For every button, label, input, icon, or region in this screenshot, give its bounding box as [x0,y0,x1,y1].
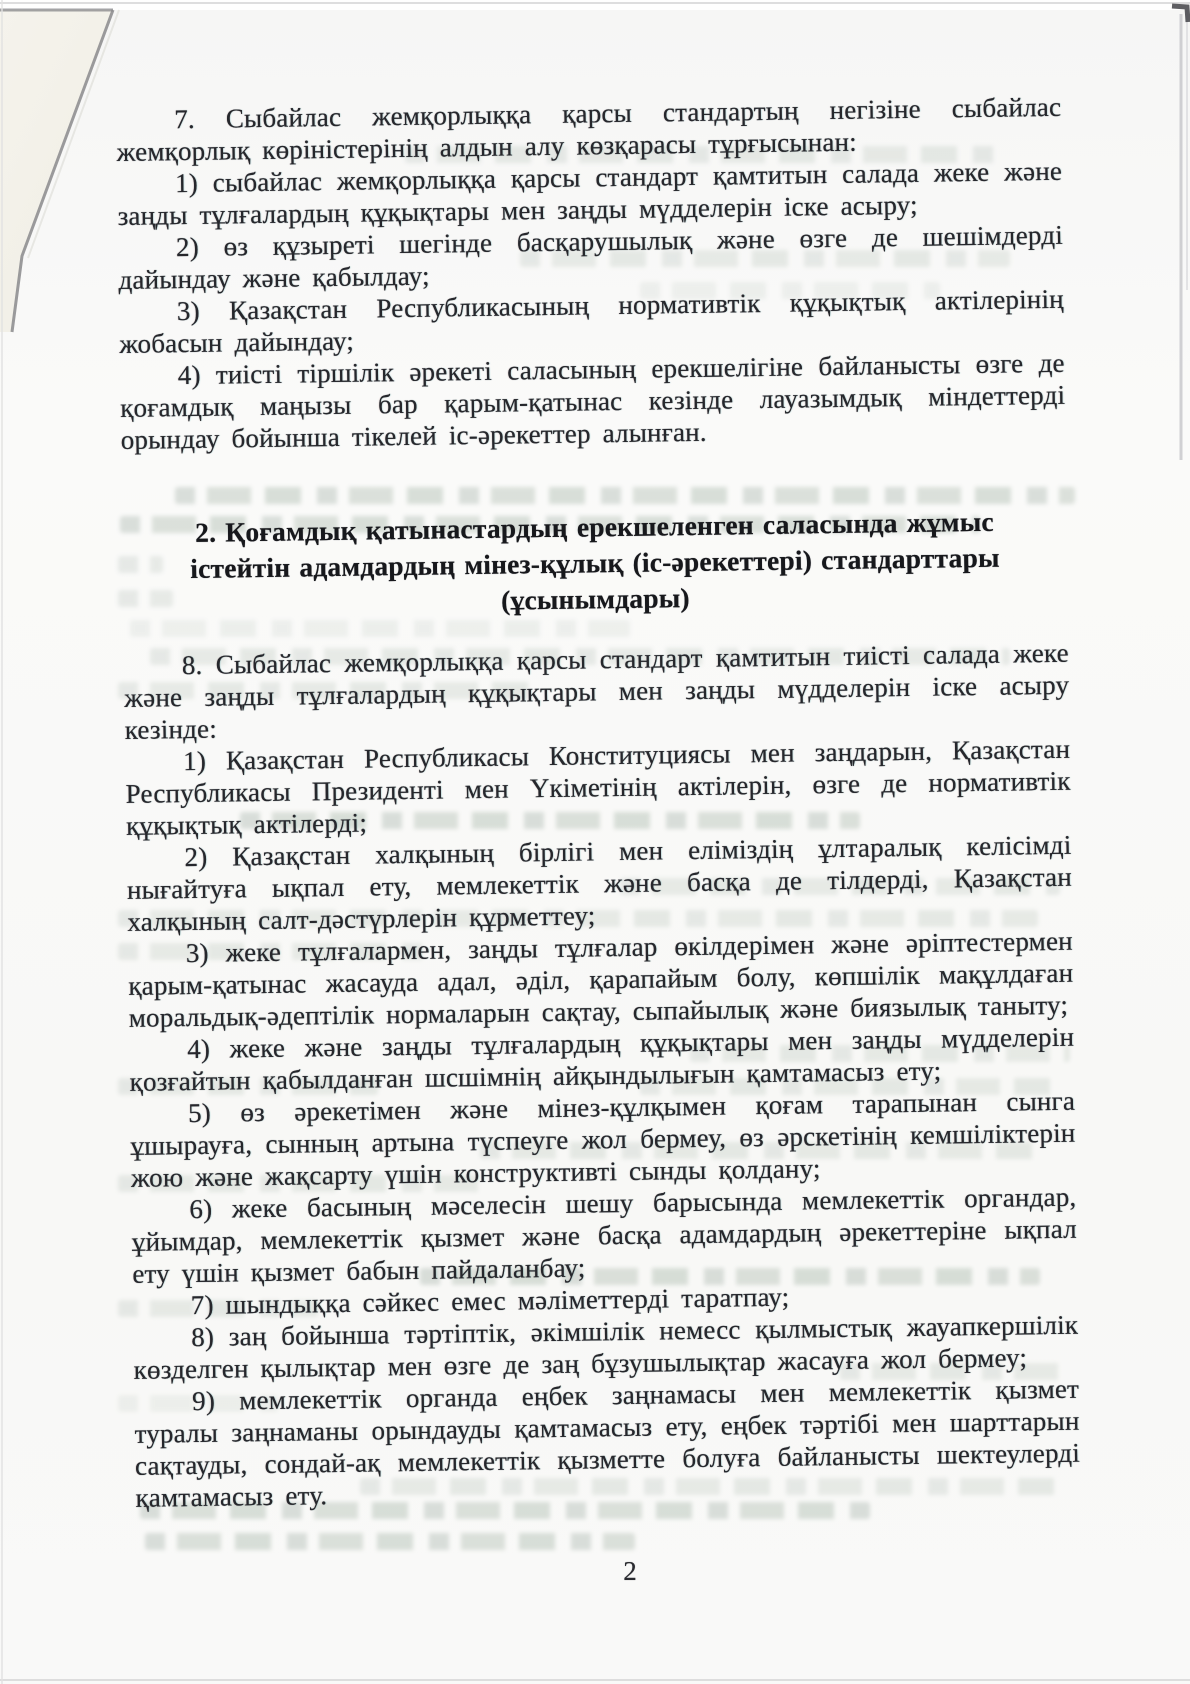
paragraph-8-intro: 8. Сыбайлас жемқорлыққа қарсы стандарт қ… [124,637,1070,746]
paragraph-7-item: 4) тиісті тіршілік әрекеті саласының ере… [120,347,1066,456]
scan-page: 7. Сыбайлас жемқорлыққа қарсы стандартың… [0,0,1190,1684]
paragraph-8-item: 1) Қазақстан Республикасы Конституциясы … [125,733,1071,842]
page-number: 2 [600,1556,660,1587]
section-2-heading: 2. Қоғамдық қатынастардың ерекшеленген с… [154,503,1035,623]
paragraph-8-item: 3) жеке тұлғалармен, заңды тұлғалар өкіл… [128,925,1074,1034]
paragraph-8-item: 9) мемлекеттік органда еңбек заңнамасы м… [134,1373,1081,1514]
scanner-edge-strip [0,0,1190,10]
paragraph-8-item: 5) өз әрекетімен және мінез-құлқымен қоғ… [130,1085,1076,1194]
paragraph-8-item: 6) жеке басының мәселесін шешу барысында… [131,1181,1077,1290]
paragraph-8-item: 2) Қазақстан халқының бірлігі мен еліміз… [126,829,1072,938]
document-text: 7. Сыбайлас жемқорлыққа қарсы стандартың… [116,91,1081,1514]
bleedthrough-line [145,1533,635,1550]
